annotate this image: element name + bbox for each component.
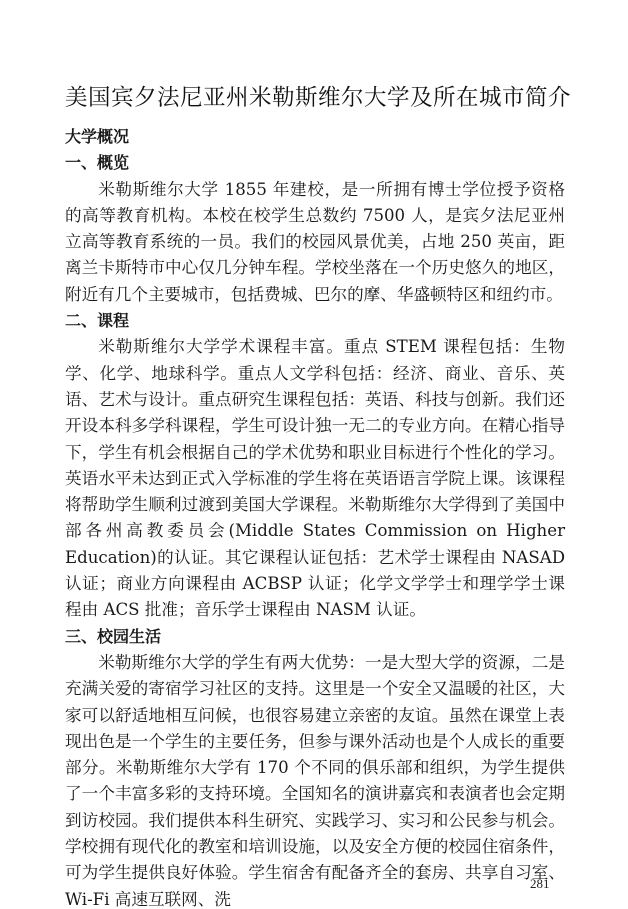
subsection-heading-1: 一、概览 bbox=[65, 150, 565, 176]
paragraph-overview: 米勒斯维尔大学 1855 年建校，是一所拥有博士学位授予资格的高等教育机构。本校… bbox=[65, 177, 565, 308]
subsection-heading-2: 二、课程 bbox=[65, 308, 565, 334]
page-title: 美国宾夕法尼亚州米勒斯维尔大学及所在城市简介 bbox=[65, 80, 565, 112]
section-heading-overview: 大学概况 bbox=[65, 124, 565, 150]
document-body: 大学概况 一、概览 米勒斯维尔大学 1855 年建校，是一所拥有博士学位授予资格… bbox=[65, 124, 565, 909]
page-number: 281 bbox=[530, 876, 550, 892]
paragraph-campus-life: 米勒斯维尔大学的学生有两大优势：一是大型大学的资源，二是充满关爱的寄宿学习社区的… bbox=[65, 650, 565, 909]
paragraph-courses: 米勒斯维尔大学学术课程丰富。重点 STEM 课程包括：生物学、化学、地球科学。重… bbox=[65, 334, 565, 623]
subsection-heading-3: 三、校园生活 bbox=[65, 624, 565, 650]
